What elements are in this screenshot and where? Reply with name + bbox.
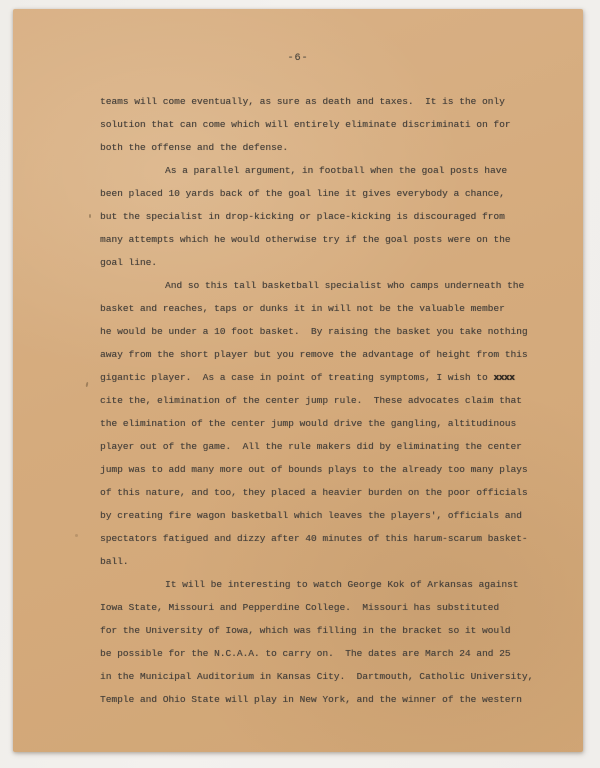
text-line: Temple and Ohio State will play in New Y… (100, 688, 548, 711)
text-line: player out of the game. All the rule mak… (100, 435, 548, 458)
text-line: basket and reaches, taps or dunks it in … (100, 297, 548, 320)
text-line: of this nature, and too, they placed a h… (100, 481, 548, 504)
text-line: he would be under a 10 foot basket. By r… (100, 320, 548, 343)
text-line: away from the short player but you remov… (100, 343, 548, 366)
text-line: spectators fatigued and dizzy after 40 m… (100, 527, 548, 550)
text-line: in the Municipal Auditorium in Kansas Ci… (100, 665, 548, 688)
text-line: cite the, elimination of the center jump… (100, 389, 548, 412)
document-page: -6- teams will come eventually, as sure … (13, 9, 583, 752)
paper-speck (86, 382, 89, 387)
text-line: jump was to add many more out of bounds … (100, 458, 548, 481)
text-line: both the offense and the defense. (100, 136, 548, 159)
paper-speck (75, 534, 78, 537)
text-line: many attempts which he would otherwise t… (100, 228, 548, 251)
text-line: but the specialist in drop-kicking or pl… (100, 205, 548, 228)
text-line: Iowa State, Missouri and Pepperdine Coll… (100, 596, 548, 619)
text-line: for the University of Iowa, which was fi… (100, 619, 548, 642)
text-line: gigantic player. As a case in point of t… (100, 366, 548, 389)
text-line: been placed 10 yards back of the goal li… (100, 182, 548, 205)
paper-speck (89, 214, 91, 218)
text-line: ball. (100, 550, 548, 573)
text-line: by creating fire wagon basketball which … (100, 504, 548, 527)
paper-speck (263, 169, 265, 171)
text-line: As a parallel argument, in football when… (100, 159, 548, 182)
text-line: the elimination of the center jump would… (100, 412, 548, 435)
text-line: It will be interesting to watch George K… (100, 573, 548, 596)
page-number: -6- (13, 53, 583, 65)
text-line: solution that can come which will entire… (100, 113, 548, 136)
text-line: be possible for the N.C.A.A. to carry on… (100, 642, 548, 665)
page-body: teams will come eventually, as sure as d… (100, 90, 548, 711)
text-line: goal line. (100, 251, 548, 274)
overstruck-word: xxxx (493, 372, 514, 383)
text-line: And so this tall basketball specialist w… (100, 274, 548, 297)
text-line: teams will come eventually, as sure as d… (100, 90, 548, 113)
